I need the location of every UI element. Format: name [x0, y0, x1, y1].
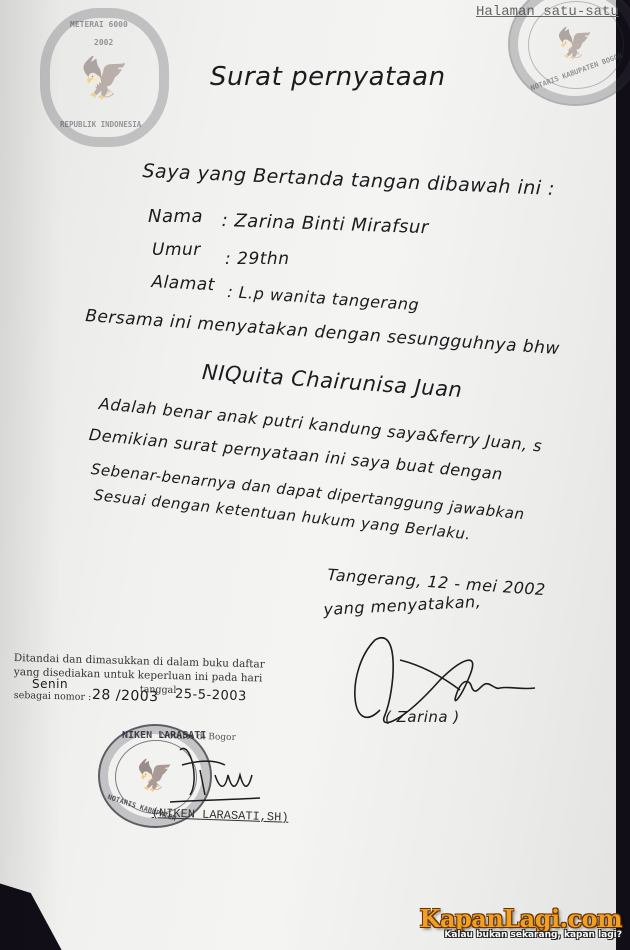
notary-signature	[160, 740, 300, 810]
meterai-year: 2002	[94, 38, 113, 47]
meterai-stamp: METERAI 6000 2002 🦅 REPUBLIK INDONESIA	[40, 8, 169, 147]
meterai-top-text: METERAI 6000	[70, 20, 128, 29]
registration-number-value: 28 /2003	[92, 687, 159, 705]
registration-number-label: sebagai nomor :	[14, 690, 92, 703]
garuda-emblem-icon: 🦅	[556, 27, 593, 62]
document-title: Surat pernyataan	[210, 62, 446, 92]
field-value-umur: : 29thn	[225, 249, 289, 269]
signatory-name: ( Zarina )	[385, 708, 460, 726]
watermark-tagline: Kalau bukan sekarang, kapan lagi?	[420, 930, 622, 940]
field-label-alamat: Alamat	[151, 272, 215, 295]
watermark-brand: KapanLagi.com	[420, 904, 622, 933]
registration-day: Senin	[32, 677, 68, 691]
meterai-bottom-text: REPUBLIK INDONESIA	[60, 120, 141, 129]
garuda-emblem-icon: 🦅	[80, 54, 130, 101]
registration-date-value: 25-5-2003	[175, 687, 247, 704]
field-label-nama: Nama	[148, 206, 203, 227]
field-label-umur: Umur	[152, 240, 201, 260]
kapanlagi-watermark: KapanLagi.com Kalau bukan sekarang, kapa…	[420, 904, 622, 940]
paper-shadow	[0, 0, 60, 950]
